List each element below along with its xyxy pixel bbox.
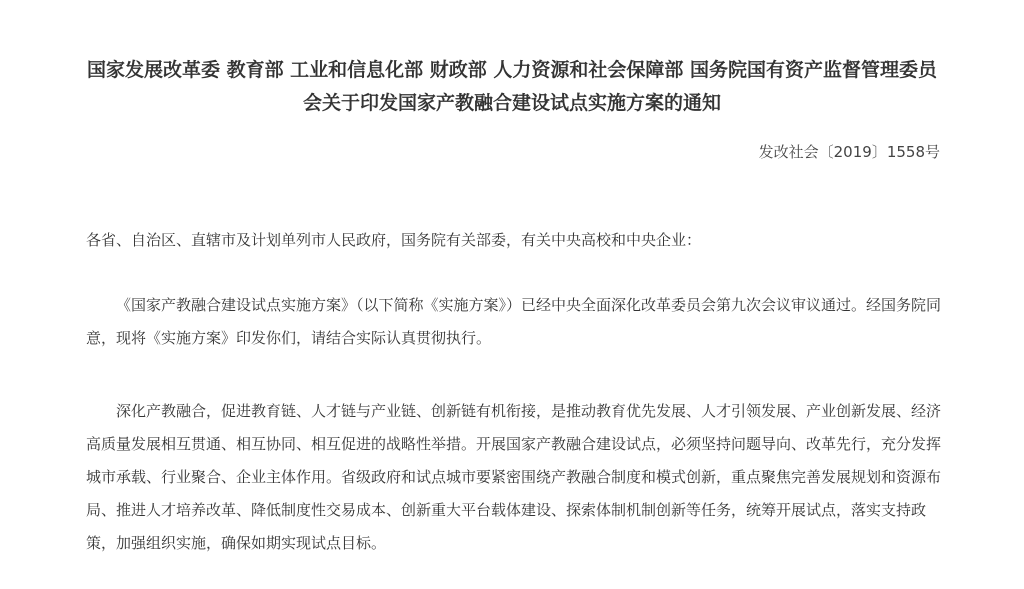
paragraph-2: 深化产教融合，促进教育链、人才链与产业链、创新链有机衔接，是推动教育优先发展、人…: [86, 395, 942, 560]
document-page: 国家发展改革委 教育部 工业和信息化部 财政部 人力资源和社会保障部 国务院国有…: [0, 0, 1024, 589]
document-title: 国家发展改革委 教育部 工业和信息化部 财政部 人力资源和社会保障部 国务院国有…: [80, 54, 944, 120]
salutation: 各省、自治区、直辖市及计划单列市人民政府，国务院有关部委，有关中央高校和中央企业…: [86, 224, 942, 257]
document-number: 发改社会〔2019〕1558号: [759, 140, 940, 164]
paragraph-1: 《国家产教融合建设试点实施方案》（以下简称《实施方案》）已经中央全面深化改革委员…: [86, 289, 942, 355]
